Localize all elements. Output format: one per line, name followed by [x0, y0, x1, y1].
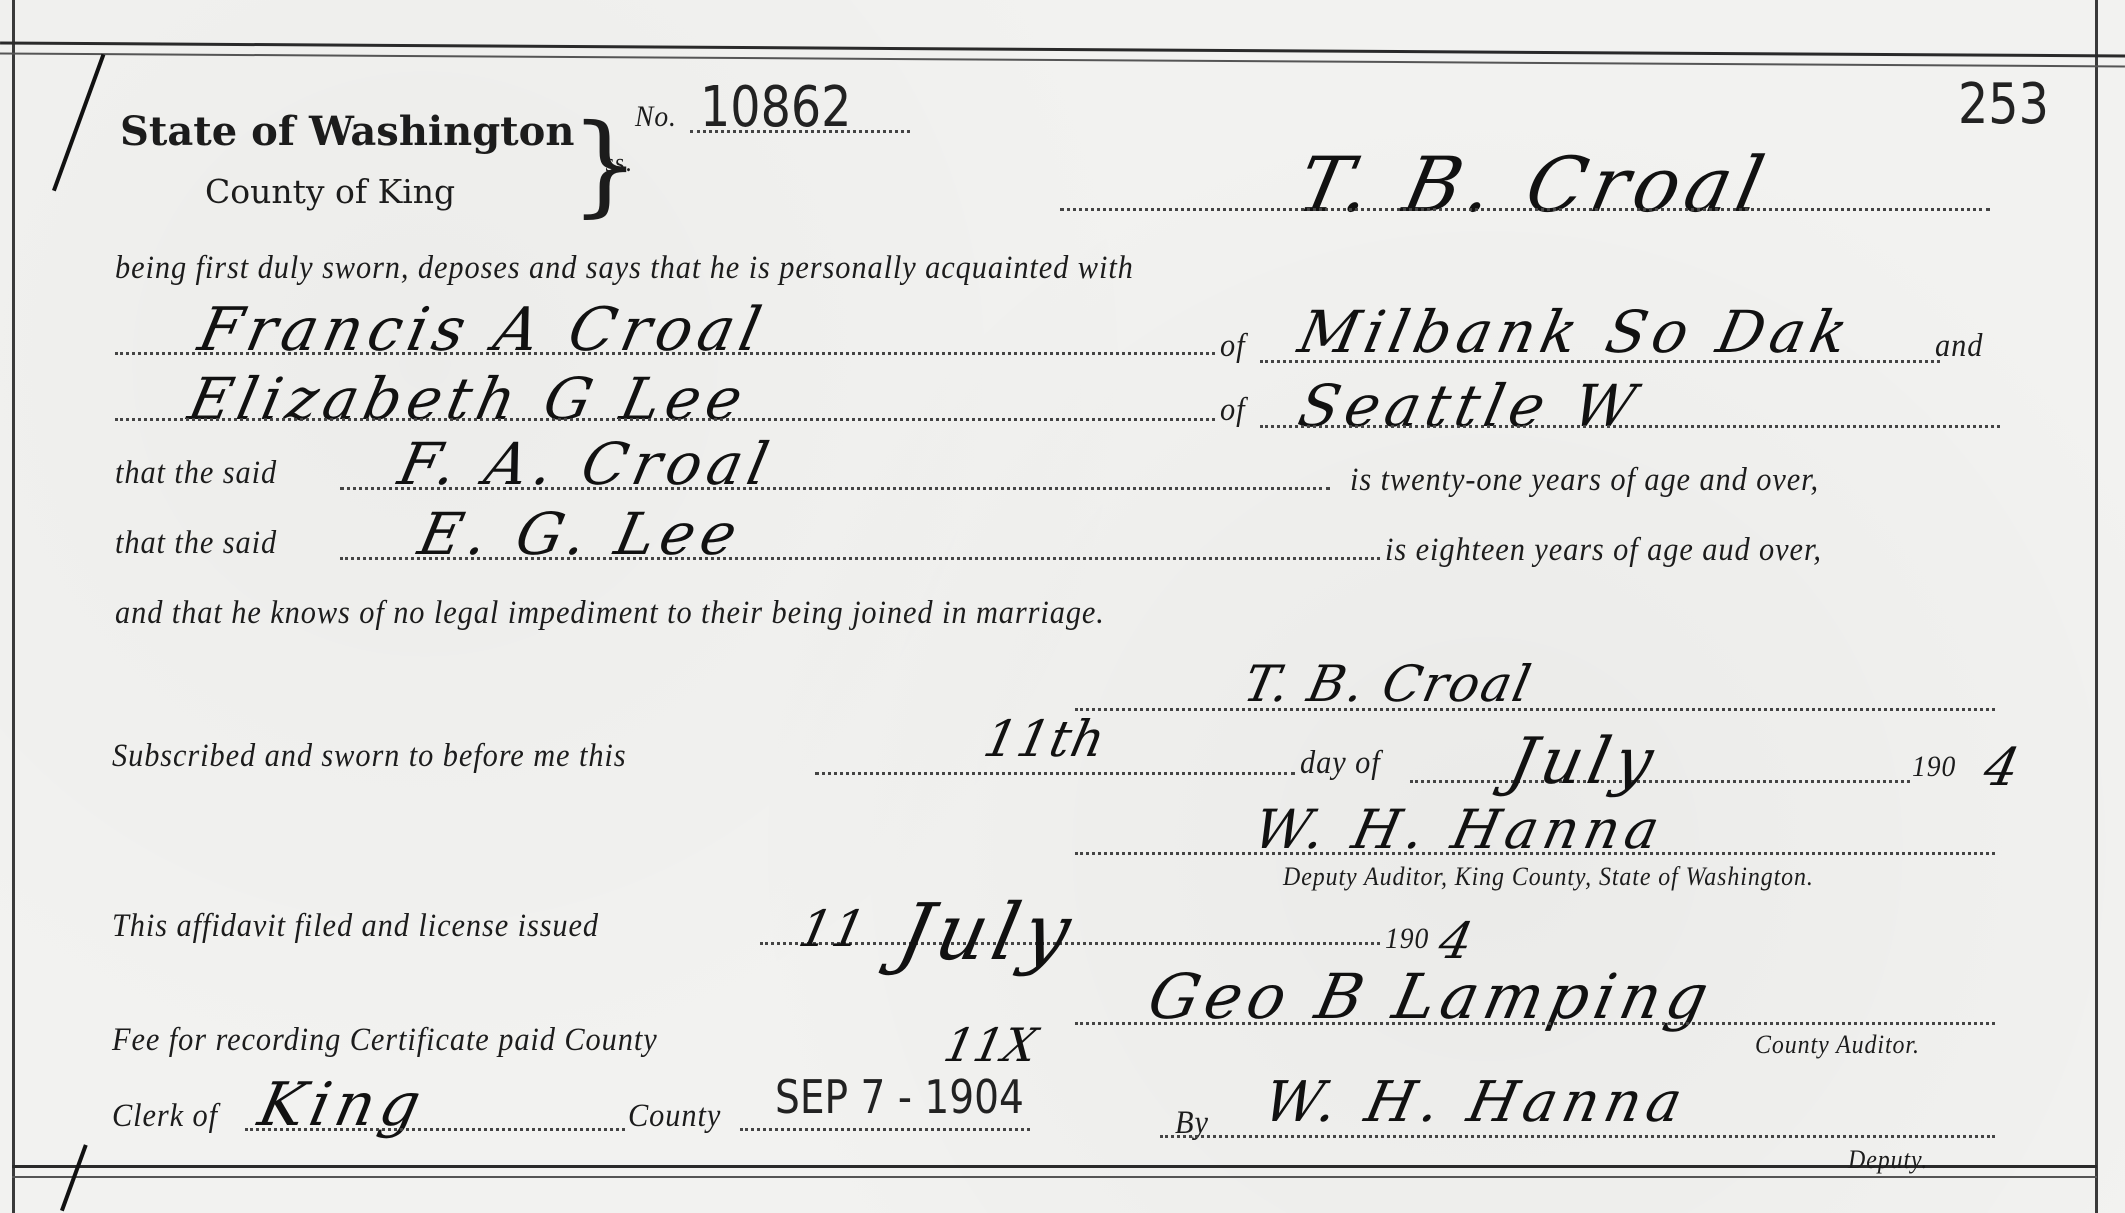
- number-label: No.: [635, 100, 677, 134]
- top-rule: [0, 42, 2125, 68]
- checkmark-icon: [52, 54, 105, 192]
- document-page: State of Washington County of King } ss.…: [0, 0, 2125, 1213]
- day-of-label: day of: [1300, 745, 1381, 782]
- party2-of-label: of: [1220, 392, 1245, 429]
- county-label: County: [628, 1098, 721, 1135]
- stamp-line: [740, 1128, 1030, 1131]
- filed-day: 11: [794, 900, 872, 958]
- ss-label: ss.: [605, 148, 632, 178]
- party1-line: [115, 352, 1215, 355]
- party1-residence-line: [1260, 360, 1940, 363]
- deputy-title: Deputy.: [1848, 1145, 1928, 1175]
- county-auditor-title: County Auditor.: [1755, 1030, 1920, 1060]
- filed-label: This affidavit filed and license issued: [112, 908, 599, 945]
- party2-residence-line: [1260, 425, 2000, 428]
- affiant-line: [1060, 208, 1990, 211]
- filed-date-stamp: SEP 7 - 1904: [775, 1070, 1024, 1124]
- subscribed-day: 11th: [979, 710, 1111, 768]
- affiant-name: T. B. Croal: [1291, 140, 1778, 229]
- impediment-clause: and that he knows of no legal impediment…: [115, 595, 1105, 632]
- party1-of-label: of: [1220, 328, 1245, 365]
- deputy-signature: W. H. Hanna: [1258, 1070, 1693, 1135]
- county-heading: County of King: [205, 172, 455, 211]
- subscribed-month: July: [1502, 725, 1665, 799]
- affiant-signature-line: [1075, 708, 1995, 711]
- fee-mark: 11X: [939, 1018, 1042, 1072]
- deputy-auditor-title: Deputy Auditor, King County, State of Wa…: [1283, 862, 1814, 892]
- deputy-auditor-line: [1075, 852, 1995, 855]
- filed-year-prefix: 190: [1385, 922, 1429, 956]
- fee-label: Fee for recording Certificate paid Count…: [112, 1022, 658, 1059]
- party1-residence: Milbank So Dak: [1293, 298, 1860, 366]
- said2-line: [340, 557, 1380, 560]
- subscribed-year-suffix: 4: [1979, 738, 2031, 798]
- county-auditor-line: [1075, 1022, 1995, 1025]
- age18-clause: is eighteen years of age aud over,: [1385, 532, 1822, 569]
- number-line: [690, 130, 910, 133]
- said1-line: [340, 487, 1330, 490]
- affiant-signature: T. B. Croal: [1239, 655, 1538, 713]
- said1-label: that the said: [115, 455, 277, 492]
- subscribed-label: Subscribed and sworn to before me this: [112, 738, 627, 775]
- clerk-label: Clerk of: [112, 1098, 218, 1135]
- page-number: 253: [1958, 72, 2049, 137]
- clerk-county-line: [245, 1128, 625, 1131]
- party2-residence: Seattle W: [1293, 372, 1648, 440]
- deputy-line: [1160, 1135, 1995, 1138]
- age21-clause: is twenty-one years of age and over,: [1350, 462, 1819, 499]
- said2-label: that the said: [115, 525, 277, 562]
- bottom-rule: [12, 1165, 2097, 1178]
- subscribed-year-prefix: 190: [1912, 750, 1956, 784]
- right-border: [2095, 0, 2098, 1213]
- party2-line: [115, 418, 1215, 421]
- party2-name: Elizabeth G Lee: [183, 365, 755, 433]
- and-label: and: [1935, 328, 1983, 365]
- subscribed-month-line: [1410, 780, 1910, 783]
- left-border: [12, 0, 15, 1213]
- subscribed-day-line: [815, 772, 1295, 775]
- sworn-clause: being first duly sworn, deposes and says…: [115, 250, 1134, 287]
- state-heading: State of Washington: [120, 108, 574, 155]
- filed-month: July: [890, 888, 1084, 978]
